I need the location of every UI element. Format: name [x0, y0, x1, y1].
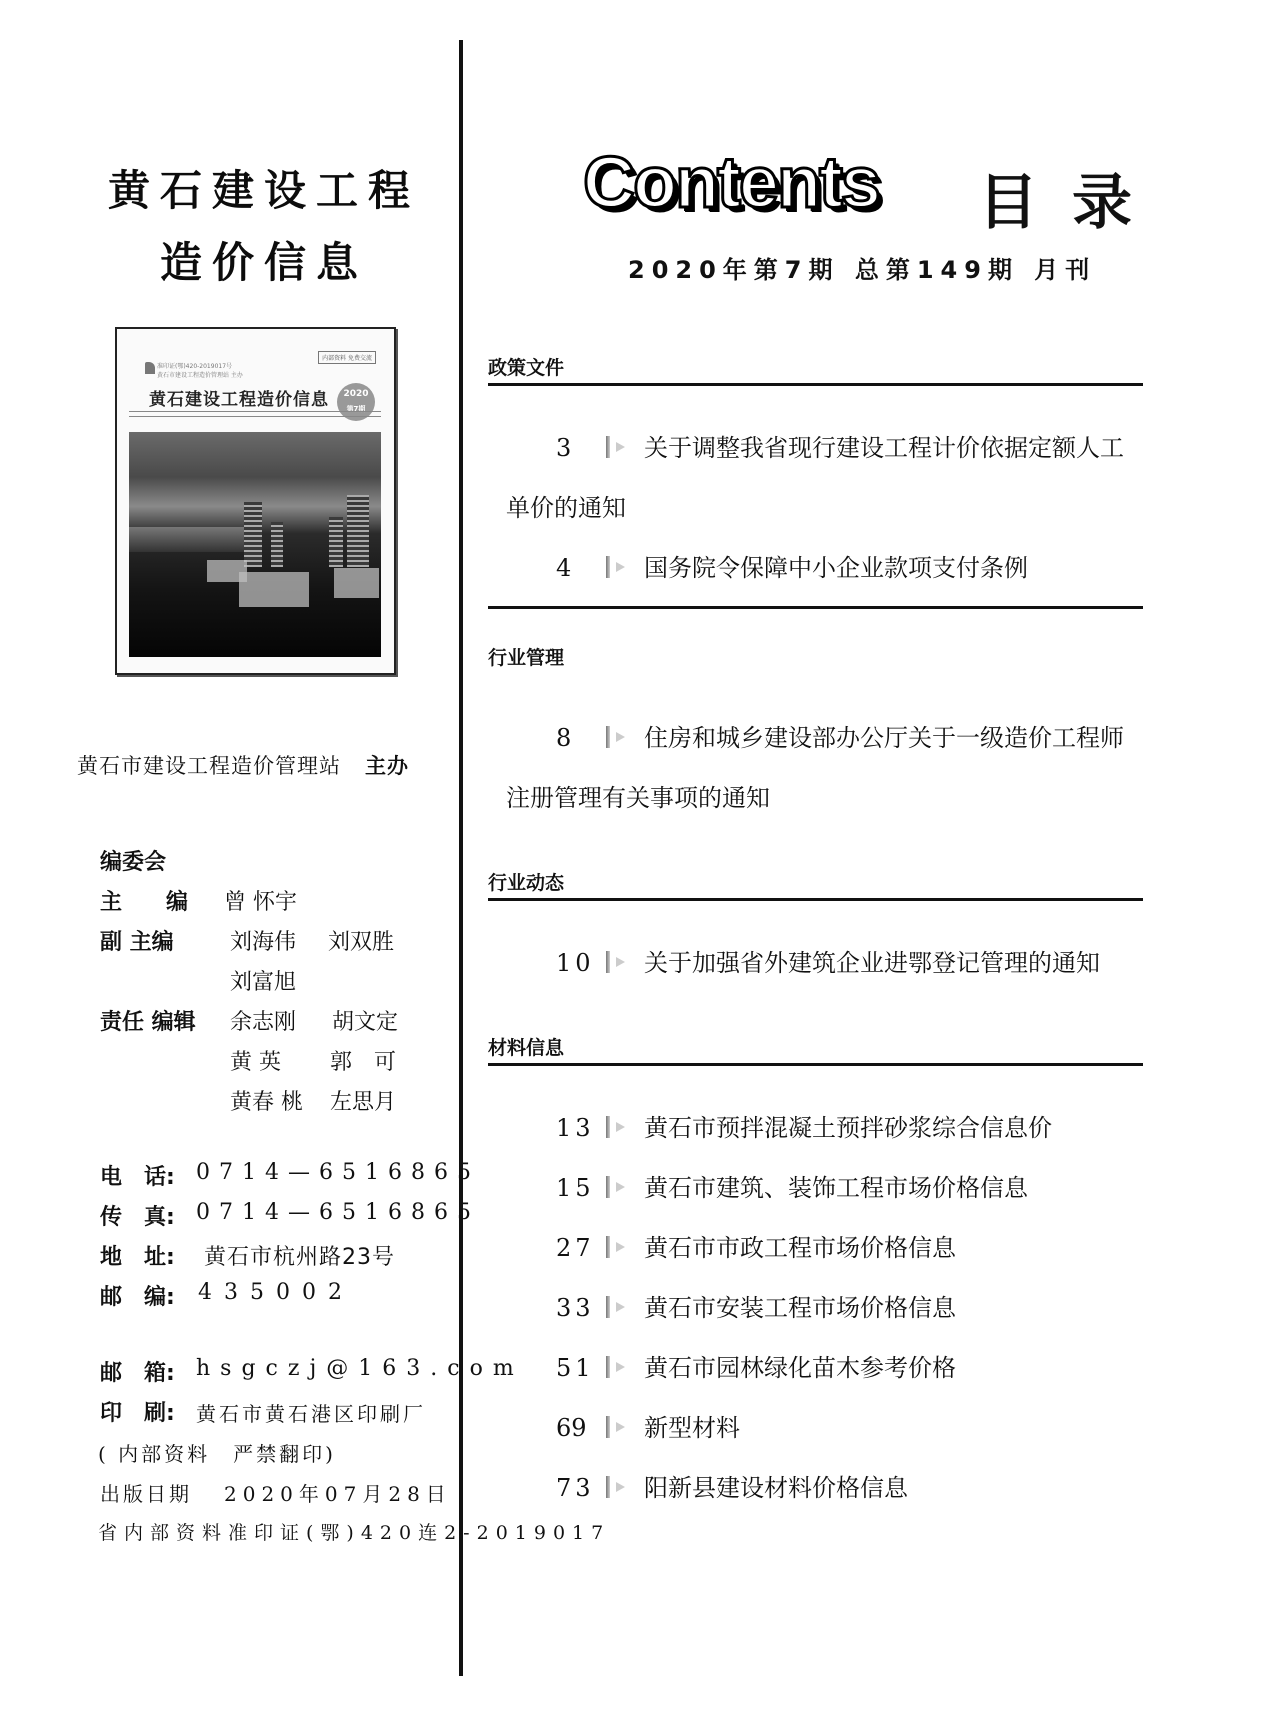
toc-entry-title-continued[interactable]: 注册管理有关事项的通知 — [506, 778, 770, 813]
toc-entry-title: 新型材料 — [644, 1414, 740, 1442]
bullet-arrow-icon — [604, 1476, 640, 1498]
bullet-arrow-icon — [604, 1176, 640, 1198]
section-heading-policy: 政策文件 — [488, 353, 1143, 386]
toc-entry-title: 关于调整我省现行建设工程计价依据定额人工 — [644, 434, 1124, 462]
cover-meta: 准印证(鄂)420-2019017号 黄石市建设工程造价管理站 主办 — [157, 362, 243, 380]
toc-entry-title: 黄石市园林绿化苗木参考价格 — [644, 1354, 956, 1382]
toc-entry[interactable]: 3关于调整我省现行建设工程计价依据定额人工 — [556, 428, 1124, 463]
deputy-editor-name: 刘富旭 — [230, 965, 296, 996]
editor-name: 郭 可 — [330, 1045, 396, 1076]
editor-name: 左思月 — [330, 1085, 396, 1116]
cover-tag: 内部资料 免费交流 — [318, 351, 376, 364]
toc-entry-title: 阳新县建设材料价格信息 — [644, 1474, 908, 1502]
toc-entry-title: 黄石市预拌混凝土预拌砂浆综合信息价 — [644, 1114, 1052, 1142]
pubdate-value: 2020年07月28日 — [224, 1478, 452, 1507]
fax-label: 传 真: — [100, 1200, 175, 1231]
address-label: 地 址: — [100, 1240, 175, 1271]
postcode-label: 邮 编: — [100, 1280, 175, 1311]
toc-entry[interactable]: 33黄石市安装工程市场价格信息 — [556, 1288, 956, 1323]
toc-entry[interactable]: 10关于加强省外建筑企业进鄂登记管理的通知 — [556, 943, 1100, 978]
toc-entry-title: 关于加强省外建筑企业进鄂登记管理的通知 — [644, 949, 1100, 977]
toc-entry-title: 住房和城乡建设部办公厅关于一级造价工程师 — [644, 724, 1124, 752]
publisher-role: 主办 — [365, 753, 409, 778]
address-value: 黄石市杭州路23号 — [204, 1240, 395, 1271]
toc-entry-page: 3 — [556, 434, 604, 462]
postcode-value: 435002 — [198, 1280, 354, 1305]
bullet-arrow-icon — [604, 1356, 640, 1378]
cover-logo-icon — [145, 362, 155, 374]
internal-notice: ( 内部资料 严禁翻印) — [98, 1438, 336, 1467]
bullet-arrow-icon — [604, 436, 640, 458]
bullet-arrow-icon — [604, 1236, 640, 1258]
magazine-title-line1: 黄石建设工程 — [4, 158, 524, 218]
tower-shape — [329, 517, 343, 567]
tower-shape — [271, 522, 283, 567]
printer-label: 印 刷: — [100, 1396, 175, 1427]
section-heading-industry-news: 行业动态 — [488, 868, 1143, 901]
toc-entry-page: 51 — [556, 1354, 604, 1382]
deputy-editor-name: 刘双胜 — [328, 925, 394, 956]
bullet-arrow-icon — [604, 1416, 640, 1438]
cover-thumbnail: 内部资料 免费交流 准印证(鄂)420-2019017号 黄石市建设工程造价管理… — [115, 327, 396, 675]
bullet-arrow-icon — [604, 1296, 640, 1318]
cover-meta-line2: 黄石市建设工程造价管理站 主办 — [157, 371, 243, 380]
toc-entry-page: 33 — [556, 1294, 604, 1322]
low-building-shape — [239, 572, 309, 607]
river-shape — [129, 527, 249, 552]
toc-entry-page: 13 — [556, 1114, 604, 1142]
printer-value: 黄石市黄石港区印刷厂 — [196, 1398, 426, 1427]
section-heading-materials: 材料信息 — [488, 1033, 1143, 1066]
toc-entry-page: 69 — [556, 1414, 604, 1442]
bullet-arrow-icon — [604, 951, 640, 973]
toc-entry-page: 8 — [556, 724, 604, 752]
cover-rule — [129, 411, 381, 417]
deputy-editor-label: 副 主编 — [100, 925, 174, 956]
editor-name: 黄 英 — [230, 1045, 281, 1076]
deputy-editor-name: 刘海伟 — [230, 925, 296, 956]
toc-entry[interactable]: 13黄石市预拌混凝土预拌砂浆综合信息价 — [556, 1108, 1052, 1143]
publisher-name: 黄石市建设工程造价管理站 — [77, 754, 341, 778]
contents-heading: Contents — [583, 142, 879, 224]
bullet-arrow-icon — [604, 556, 640, 578]
toc-title-char: 录 — [1072, 155, 1132, 241]
toc-entry-page: 4 — [556, 554, 604, 582]
toc-entry-page: 27 — [556, 1234, 604, 1262]
cover-meta-line1: 准印证(鄂)420-2019017号 — [157, 362, 243, 371]
toc-entry[interactable]: 51黄石市园林绿化苗木参考价格 — [556, 1348, 956, 1383]
fax-value: 0714—6516865 — [196, 1200, 480, 1225]
cover-photo-cityscape — [129, 432, 381, 657]
toc-entry-page: 15 — [556, 1174, 604, 1202]
bullet-arrow-icon — [604, 726, 640, 748]
publisher-line: 黄石市建设工程造价管理站主办 — [77, 750, 409, 780]
toc-entry-title: 黄石市市政工程市场价格信息 — [644, 1234, 956, 1262]
tower-shape — [347, 495, 369, 567]
toc-entry-title-continued[interactable]: 单价的通知 — [506, 488, 626, 523]
printing-permit: 省内部资料准印证(鄂)420连2-2019017 — [98, 1518, 610, 1545]
toc-title-char: 目 — [978, 155, 1038, 241]
toc-entry-page: 10 — [556, 949, 604, 977]
email-label: 邮 箱: — [100, 1356, 175, 1387]
cover-title: 黄石建设工程造价信息 — [149, 385, 329, 410]
bullet-arrow-icon — [604, 1116, 640, 1138]
phone-value: 0714—6516865 — [196, 1160, 480, 1185]
editor-name: 黄春 桃 — [230, 1085, 303, 1116]
editor-name: 余志刚 — [230, 1005, 296, 1036]
toc-entry-title: 黄石市安装工程市场价格信息 — [644, 1294, 956, 1322]
tower-shape — [244, 502, 262, 567]
editor-name: 胡文定 — [332, 1005, 398, 1036]
chief-editor-name: 曾 怀宇 — [224, 885, 297, 916]
toc-entry-page: 73 — [556, 1474, 604, 1502]
cover-badge-year: 2020 — [337, 383, 375, 405]
issue-line: 2020年第7期 总第149期 月刊 — [628, 250, 1096, 285]
toc-entry[interactable]: 4国务院令保障中小企业款项支付条例 — [556, 548, 1028, 583]
toc-entry-title: 国务院令保障中小企业款项支付条例 — [644, 554, 1028, 582]
email-value: hsgczj@163.com — [196, 1356, 524, 1381]
toc-entry-title: 黄石市建筑、装饰工程市场价格信息 — [644, 1174, 1028, 1202]
toc-entry[interactable]: 15黄石市建筑、装饰工程市场价格信息 — [556, 1168, 1028, 1203]
section-heading-industry-management: 行业管理 — [488, 643, 1143, 673]
toc-entry[interactable]: 73阳新县建设材料价格信息 — [556, 1468, 908, 1503]
section-divider — [488, 606, 1143, 609]
toc-entry[interactable]: 8住房和城乡建设部办公厅关于一级造价工程师 — [556, 718, 1124, 753]
low-building-shape — [334, 568, 379, 598]
magazine-title-line2: 造价信息 — [4, 230, 524, 290]
responsible-editors-label: 责任 编辑 — [100, 1005, 196, 1036]
toc-entry[interactable]: 69新型材料 — [556, 1408, 740, 1443]
pubdate-label: 出版日期 — [100, 1478, 192, 1507]
chief-editor-label: 主 编 — [100, 885, 210, 916]
phone-label: 电 话: — [100, 1160, 175, 1191]
editorial-heading: 编委会 — [100, 845, 166, 876]
toc-entry[interactable]: 27黄石市市政工程市场价格信息 — [556, 1228, 956, 1263]
